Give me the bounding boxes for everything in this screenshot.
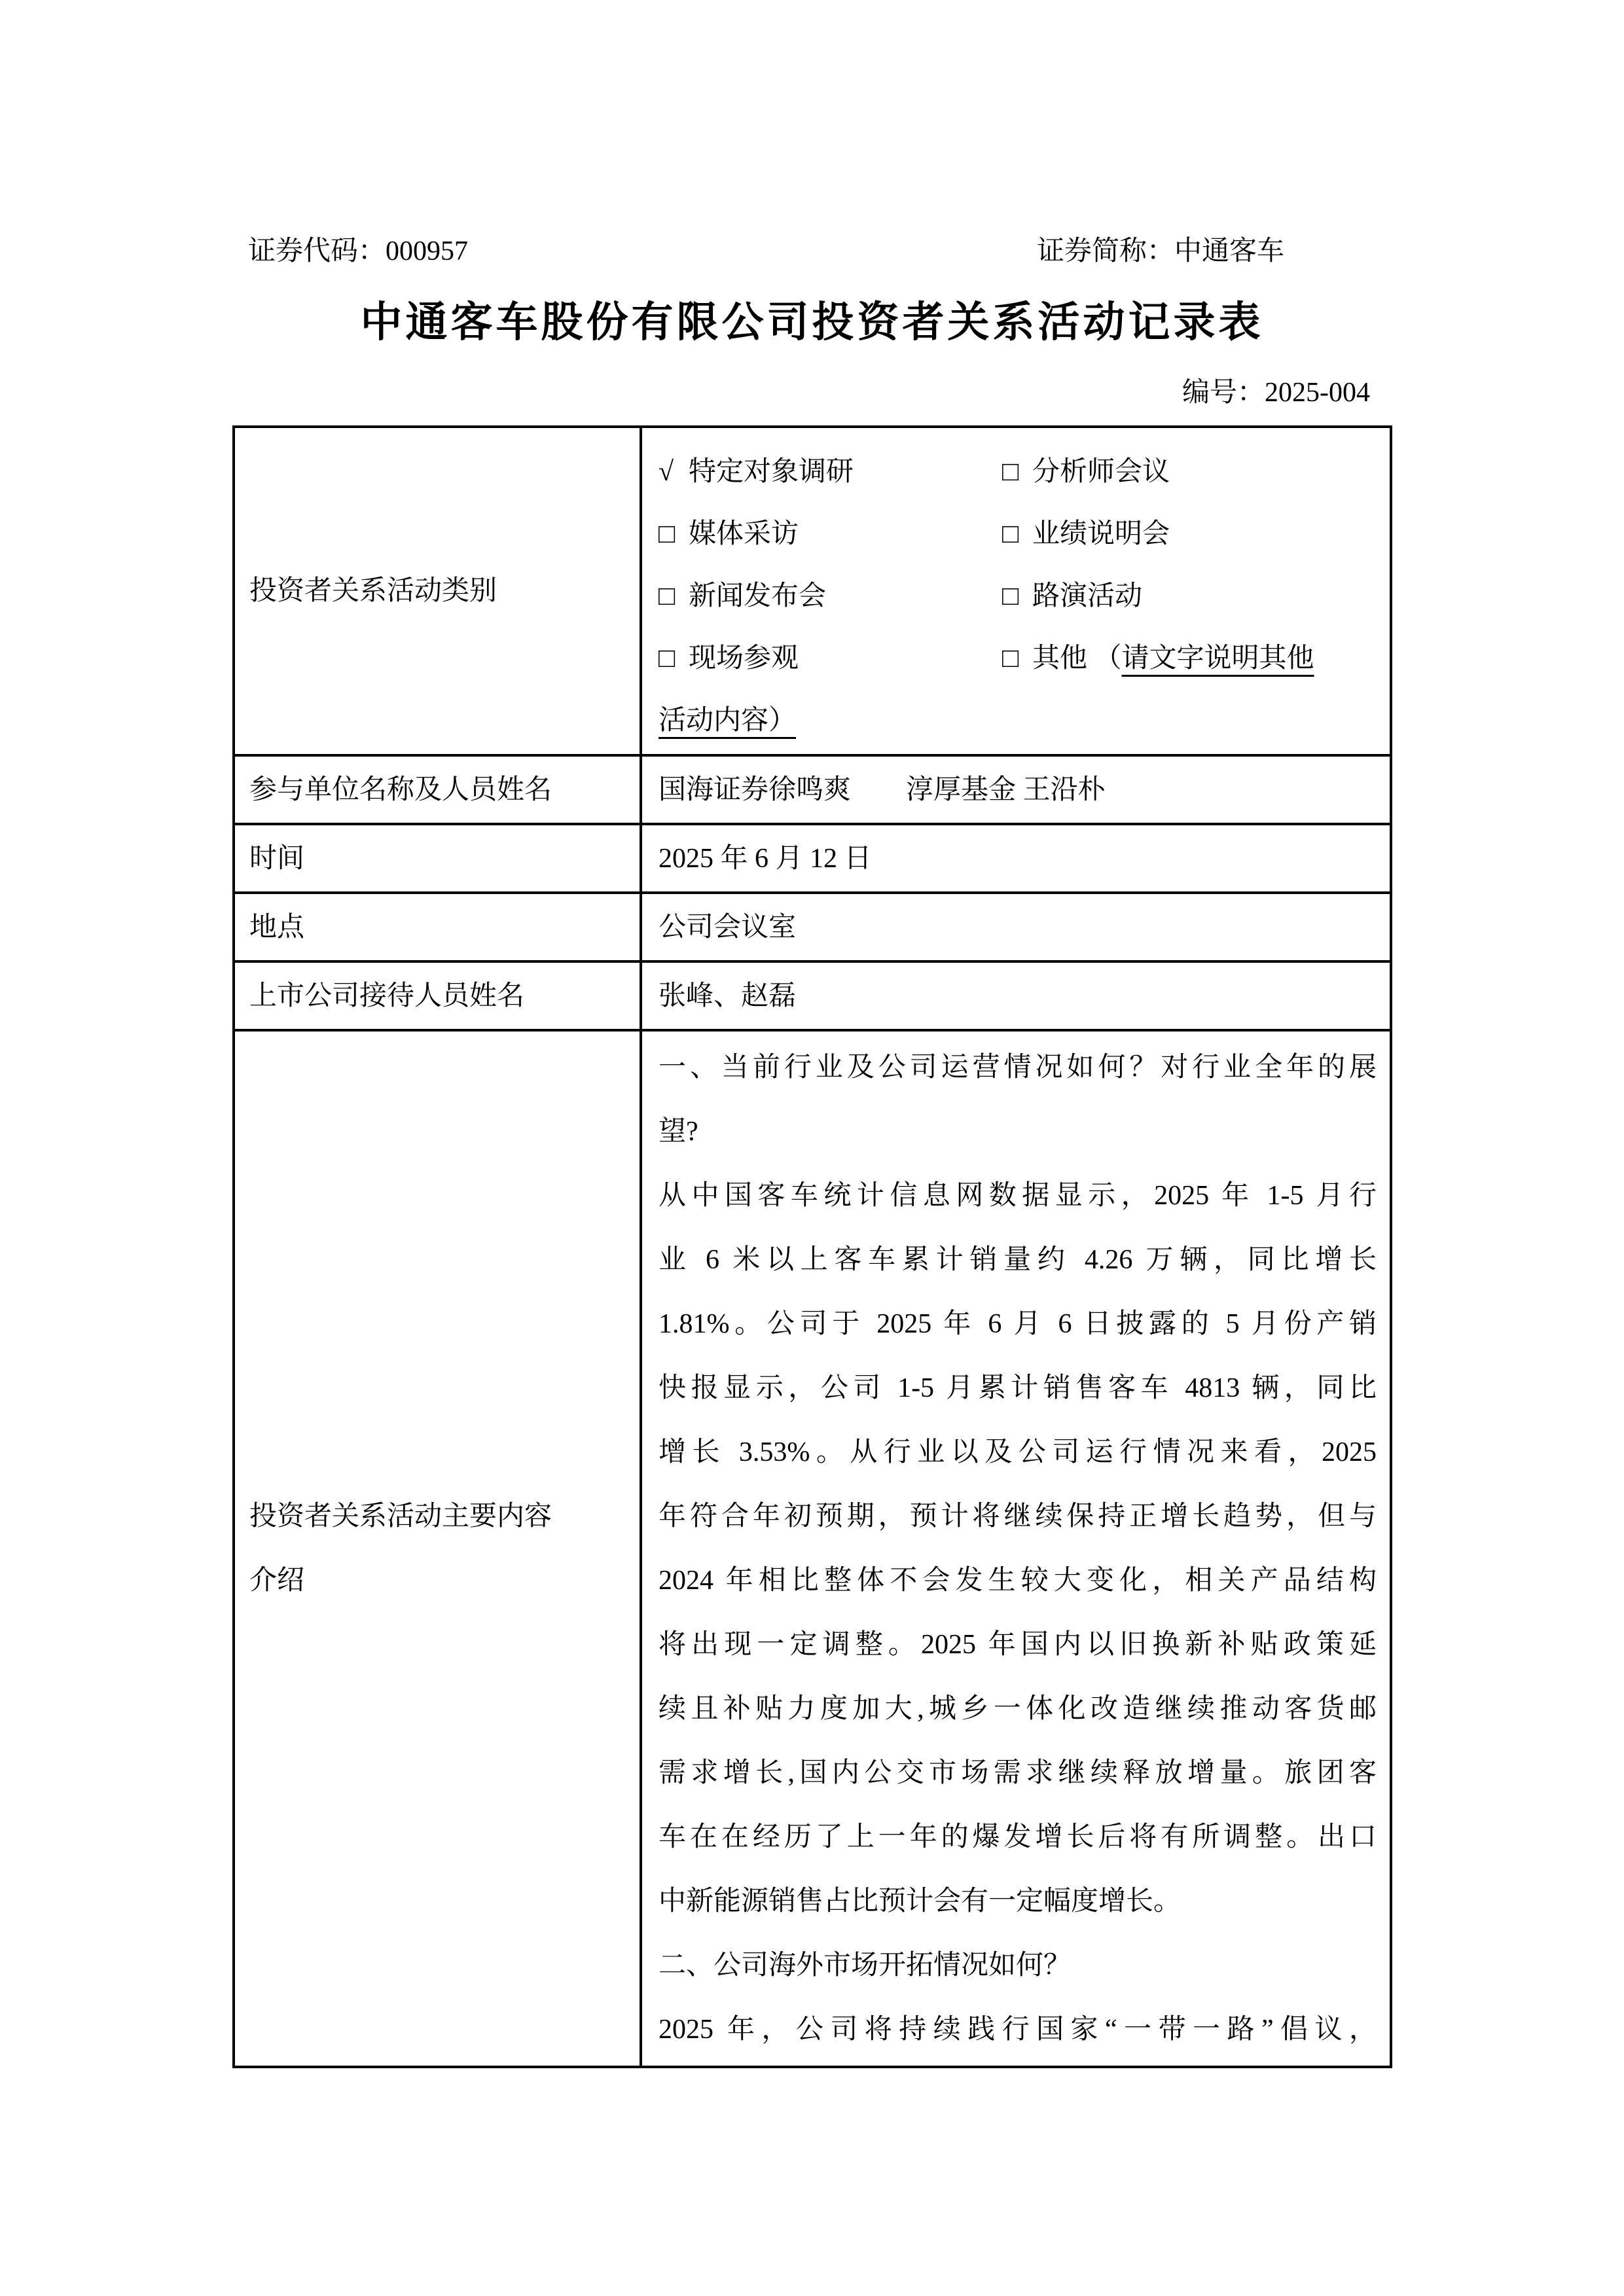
- document-header: 证券代码：000957 证券简称：中通客车: [232, 234, 1392, 268]
- content-line: 2024 年相比整体不会发生较大变化，相关产品结构: [659, 1549, 1377, 1613]
- option-label: 现场参观: [689, 643, 799, 673]
- page-title: 中通客车股份有限公司投资者关系活动记录表: [0, 293, 1624, 352]
- row-label-text-line2: 介绍: [249, 1549, 640, 1613]
- row-value-time: 2025 年 6 月 12 日: [642, 825, 1390, 891]
- content-line: 车在在经历了上一年的爆发增长后将有所调整。出口: [659, 1805, 1377, 1869]
- row-label-receptionists: 上市公司接待人员姓名: [235, 963, 642, 1029]
- checkbox-unchecked-icon: □: [659, 565, 689, 628]
- option-continuation-line: 活动内容）: [659, 690, 1377, 752]
- table-row-participants: 参与单位名称及人员姓名 国海证券徐鸣爽 淳厚基金 王沿朴: [235, 757, 1390, 825]
- activity-type-options: √特定对象调研 □分析师会议 □媒体采访 □业绩说明会 □新闻发布会 □路演活动…: [642, 428, 1390, 754]
- content-line: 需求增长,国内公交市场需求继续释放增量。旅团客: [659, 1741, 1377, 1805]
- checkbox-unchecked-icon: □: [659, 503, 689, 565]
- table-row-location: 地点 公司会议室: [235, 894, 1390, 963]
- row-label-participants: 参与单位名称及人员姓名: [235, 757, 642, 823]
- content-line: 年符合年初预期，预计将继续保持正增长趋势，但与: [659, 1484, 1377, 1549]
- option-label: 其他 （: [1032, 643, 1122, 673]
- option-label: 业绩说明会: [1032, 519, 1170, 549]
- record-number: 编号：2025-004: [232, 374, 1392, 411]
- option-roadshow: □路演活动: [1002, 565, 1142, 628]
- option-label: 媒体采访: [689, 519, 799, 549]
- row-label-text: 上市公司接待人员姓名: [249, 964, 640, 1028]
- location-text: 公司会议室: [659, 908, 1377, 947]
- content-line: 一、当前行业及公司运营情况如何？对行业全年的展: [659, 1035, 1377, 1100]
- participants-text: 国海证券徐鸣爽 淳厚基金 王沿朴: [659, 770, 1377, 810]
- checkbox-unchecked-icon: □: [1002, 503, 1032, 565]
- checkbox-checked-icon: √: [659, 441, 689, 503]
- content-line: 望?: [659, 1100, 1377, 1164]
- content-line: 增长 3.53%。从行业以及公司运行情况来看，2025: [659, 1420, 1377, 1484]
- option-analyst-meeting: □分析师会议: [1002, 441, 1170, 503]
- option-specific-research: √特定对象调研: [659, 441, 1002, 503]
- option-media-interview: □媒体采访: [659, 503, 1002, 565]
- option-label: 新闻发布会: [689, 581, 826, 611]
- checkbox-unchecked-icon: □: [659, 628, 689, 690]
- option-label: 分析师会议: [1032, 457, 1170, 487]
- table-row-main-content: 投资者关系活动主要内容 介绍 一、当前行业及公司运营情况如何？对行业全年的展 望…: [235, 1031, 1390, 2066]
- main-content-text: 一、当前行业及公司运营情况如何？对行业全年的展 望? 从中国客车统计信息网数据显…: [642, 1031, 1390, 2066]
- content-line: 续且补贴力度加大,城乡一体化改造继续推动客货邮: [659, 1677, 1377, 1741]
- table-row-receptionists: 上市公司接待人员姓名 张峰、赵磊: [235, 963, 1390, 1031]
- checkbox-unchecked-icon: □: [1002, 565, 1032, 628]
- stock-code-text: 证券代码：000957: [232, 234, 468, 268]
- receptionists-text: 张峰、赵磊: [659, 977, 1377, 1016]
- row-label-text: 时间: [249, 827, 640, 891]
- content-line: 2025 年，公司将持续践行国家“一带一路”倡议，: [659, 1998, 1377, 2062]
- content-line: 业 6 米以上客车累计销量约 4.26 万辆，同比增长: [659, 1228, 1377, 1292]
- content-line: 中新能源销售占比预计会有一定幅度增长。: [659, 1869, 1377, 1933]
- option-other-note: 请文字说明其他: [1122, 643, 1314, 673]
- stock-name-text: 证券简称：中通客车: [1037, 234, 1284, 268]
- option-earnings-briefing: □业绩说明会: [1002, 503, 1170, 565]
- row-label-activity-type: 投资者关系活动类别: [235, 428, 642, 754]
- option-label: 路演活动: [1032, 581, 1142, 611]
- option-other-note-continuation: 活动内容）: [659, 690, 796, 752]
- row-value-location: 公司会议室: [642, 894, 1390, 960]
- row-label-text: 地点: [249, 895, 640, 960]
- option-other: □其他 （请文字说明其他: [1002, 628, 1314, 690]
- content-line: 从中国客车统计信息网数据显示，2025 年 1-5 月行: [659, 1164, 1377, 1228]
- record-table: 投资者关系活动类别 √特定对象调研 □分析师会议 □媒体采访 □业绩说明会 □新…: [232, 425, 1392, 2068]
- row-label-time: 时间: [235, 825, 642, 891]
- option-line: □新闻发布会 □路演活动: [659, 565, 1377, 628]
- option-line: □媒体采访 □业绩说明会: [659, 503, 1377, 565]
- option-press-conference: □新闻发布会: [659, 565, 1002, 628]
- option-line: √特定对象调研 □分析师会议: [659, 441, 1377, 503]
- row-value-receptionists: 张峰、赵磊: [642, 963, 1390, 1029]
- document-page: 证券代码：000957 证券简称：中通客车 中通客车股份有限公司投资者关系活动记…: [0, 0, 1624, 2296]
- time-text: 2025 年 6 月 12 日: [659, 839, 1377, 878]
- content-line: 快报显示，公司 1-5 月累计销售客车 4813 辆，同比: [659, 1356, 1377, 1420]
- row-label-text-line1: 投资者关系活动主要内容: [249, 1484, 640, 1549]
- row-value-participants: 国海证券徐鸣爽 淳厚基金 王沿朴: [642, 757, 1390, 823]
- option-label: 特定对象调研: [689, 457, 854, 487]
- row-label-main-content: 投资者关系活动主要内容 介绍: [235, 1031, 642, 2066]
- row-label-text: 参与单位名称及人员姓名: [249, 758, 640, 822]
- option-site-visit: □现场参观: [659, 628, 1002, 690]
- option-line: □现场参观 □其他 （请文字说明其他: [659, 628, 1377, 690]
- table-row-activity-type: 投资者关系活动类别 √特定对象调研 □分析师会议 □媒体采访 □业绩说明会 □新…: [235, 428, 1390, 757]
- row-label-location: 地点: [235, 894, 642, 960]
- content-line: 1.81%。公司于 2025 年 6 月 6 日披露的 5 月份产销: [659, 1292, 1377, 1356]
- checkbox-unchecked-icon: □: [1002, 441, 1032, 503]
- checkbox-unchecked-icon: □: [1002, 628, 1032, 690]
- content-line: 将出现一定调整。2025 年国内以旧换新补贴政策延: [659, 1613, 1377, 1677]
- content-line: 二、公司海外市场开拓情况如何？: [659, 1933, 1377, 1998]
- row-label-text: 投资者关系活动类别: [249, 559, 640, 623]
- table-row-time: 时间 2025 年 6 月 12 日: [235, 825, 1390, 894]
